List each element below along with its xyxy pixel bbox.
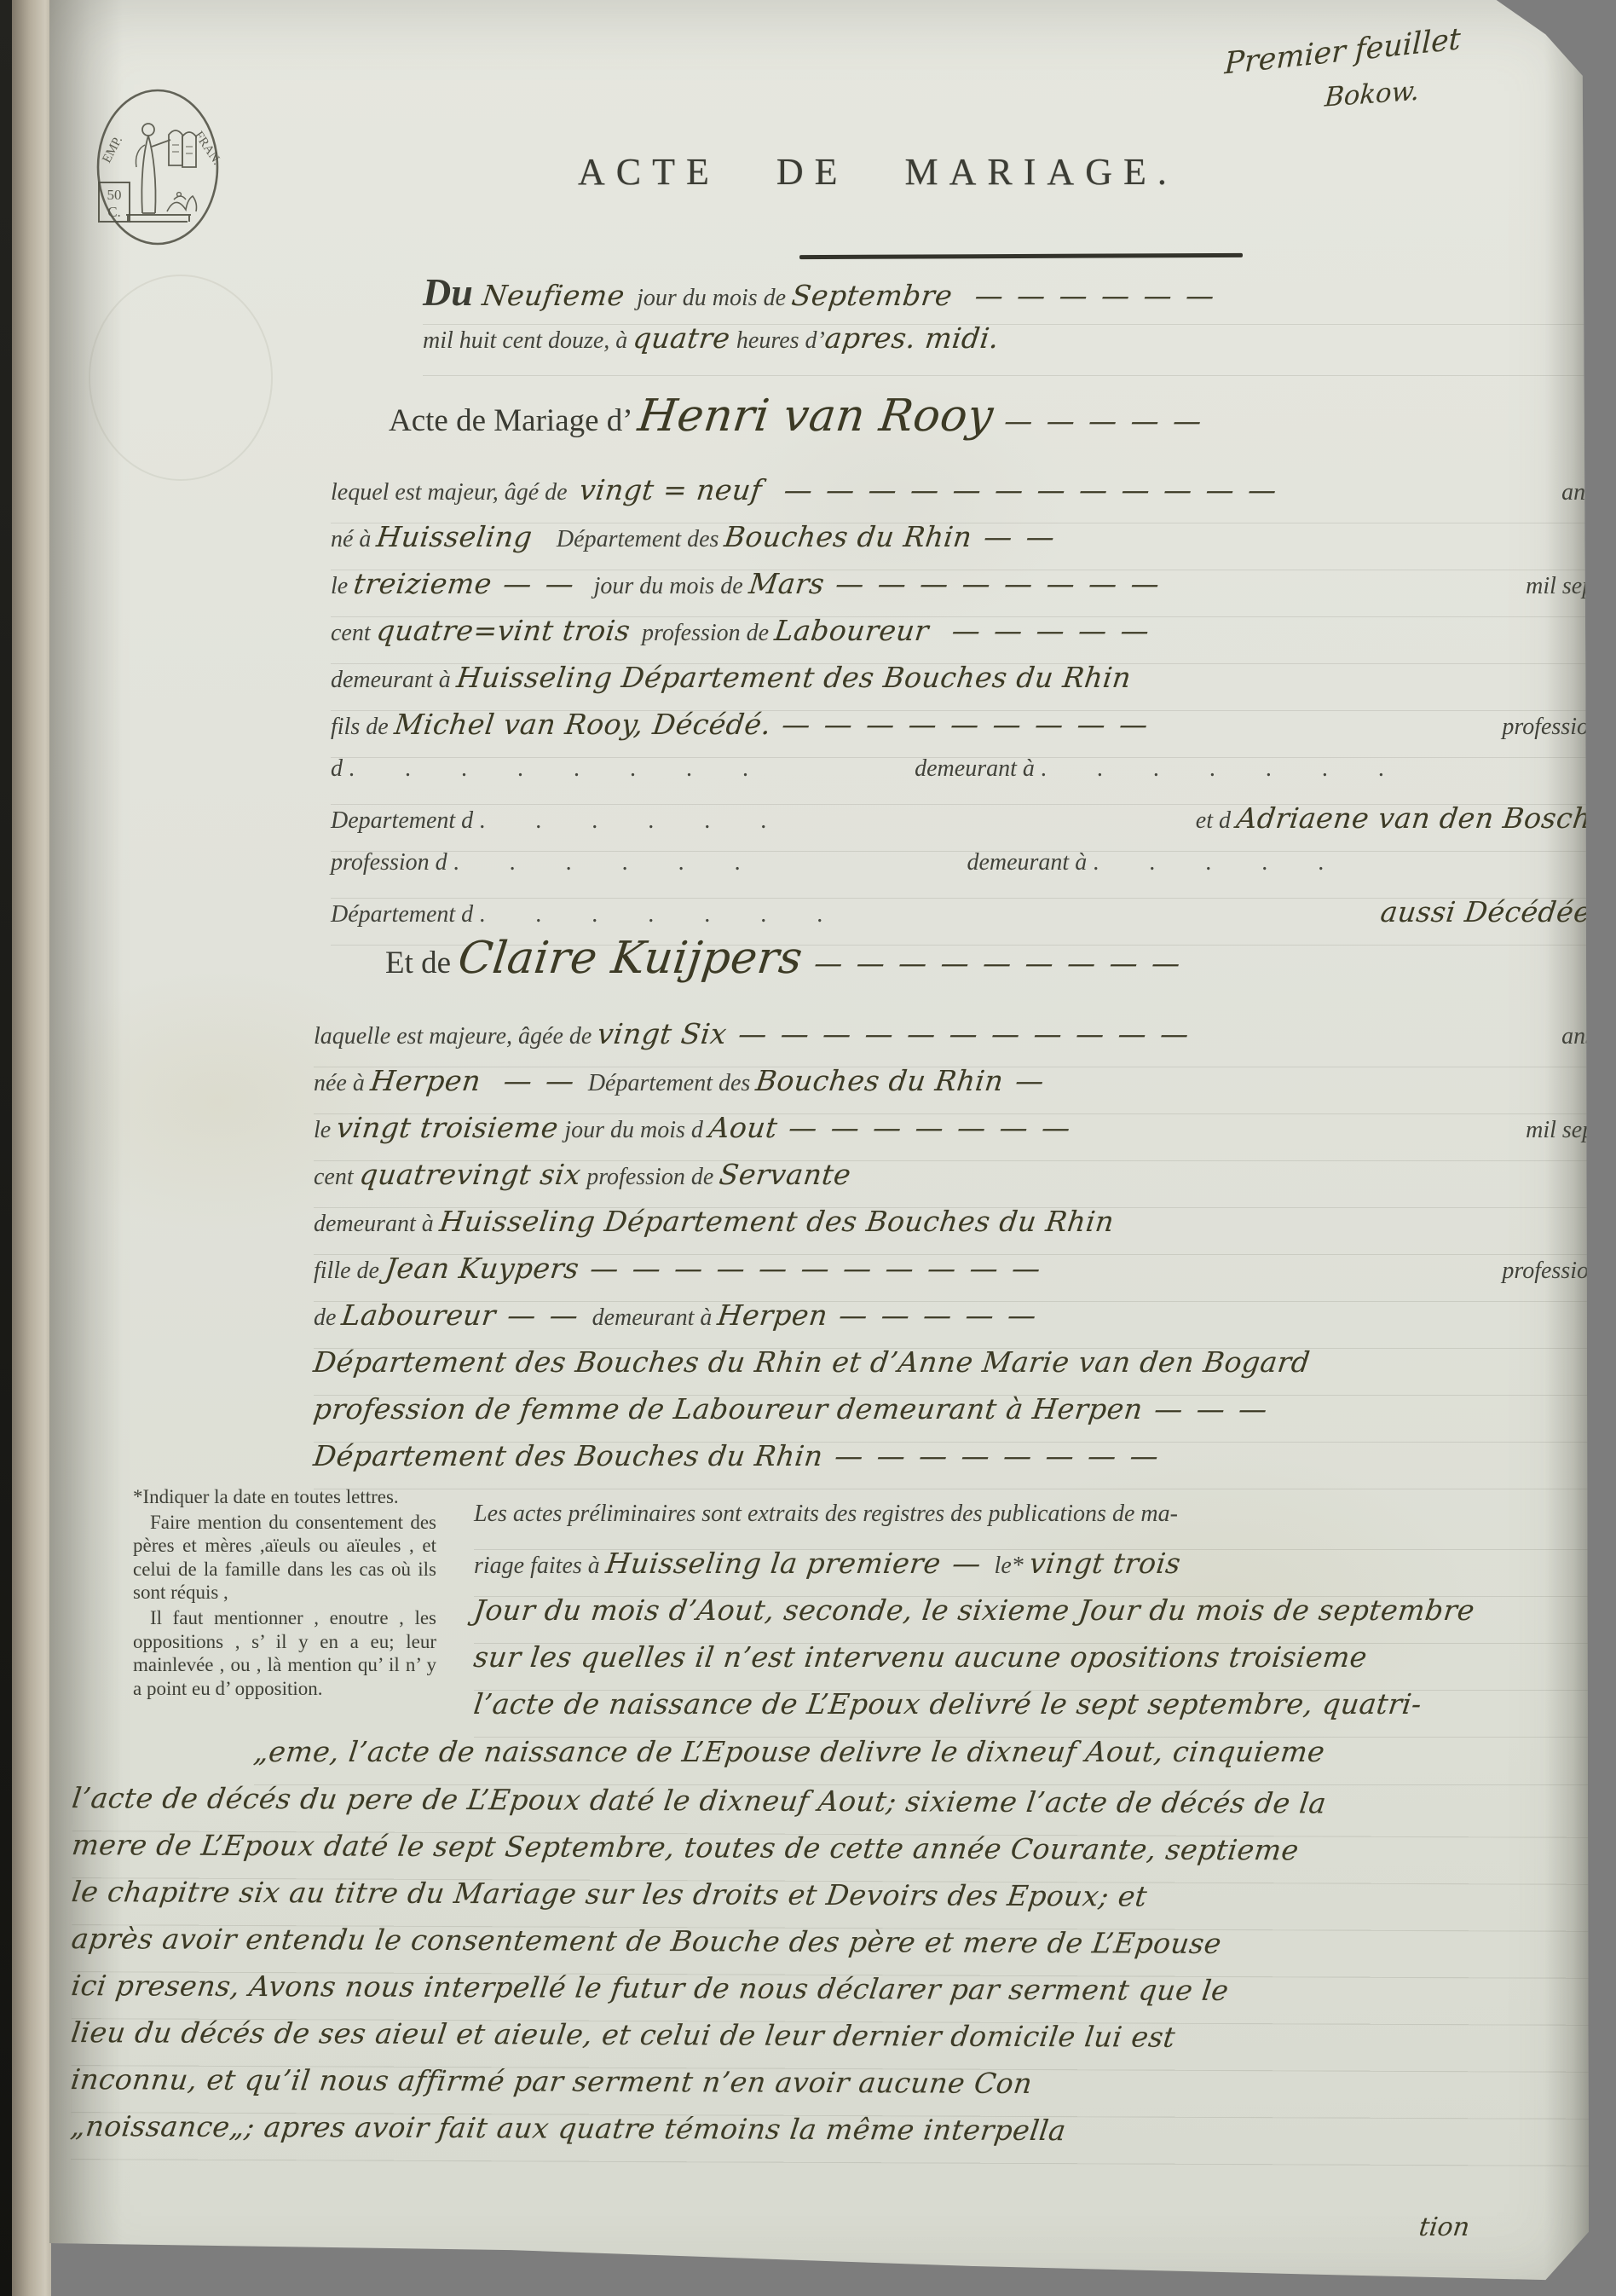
handwritten-text: — — — — — — — — — — — — [759, 476, 1557, 504]
text-line: Département des Bouches du Rhin — — — — … [314, 1442, 1601, 1489]
handwritten-text: Bouches du Rhin [723, 523, 973, 551]
text-line: riage faites à Huisseling la premiere — … [474, 1549, 1599, 1596]
handwritten-text: — [1002, 1067, 1048, 1095]
text-line: sur les quelles il n’est intervenu aucun… [474, 1643, 1599, 1690]
text-line: Département des Bouches du Rhin et d’Ann… [314, 1348, 1601, 1395]
printed-text: Et de [385, 947, 459, 979]
printed-text: fille de [314, 1259, 385, 1283]
handwritten-text: — — — — — — — — — [769, 710, 1498, 738]
handwritten-text: — — [479, 1067, 590, 1095]
catchword: tion [1417, 2215, 1471, 2241]
text-line: demeurant à Huisseling Département des B… [331, 663, 1601, 710]
handwritten-text: Herpen [716, 1301, 829, 1329]
printed-text: d [331, 757, 349, 781]
printed-text: profession [1496, 1259, 1601, 1283]
handwritten-text: Huisseling [375, 523, 534, 551]
text-line: Et de Claire Kuijpers — — — — — — — — — [385, 936, 1604, 1004]
corner-annotation: Premier feuillet Bokow. [1223, 21, 1462, 127]
printed-text: . . . . . . . [1041, 757, 1601, 781]
printed-text: demeurant à [314, 1212, 440, 1236]
handwritten-text: Laboureur [773, 616, 931, 645]
handwritten-text: — — — — — — [950, 281, 1218, 309]
handwritten-text: vingt Six [596, 1020, 729, 1048]
handwritten-text: Mars [747, 570, 826, 598]
handwritten-text: — — — — — [927, 616, 1153, 645]
handwritten-text: Huisseling la premiere [604, 1549, 943, 1577]
page-title: ACTE DE MARIAGE. [578, 150, 1178, 194]
printed-text: . . . . . . [479, 809, 1190, 833]
printed-text: Du [423, 273, 482, 312]
handwritten-text: Huisseling Département des Bouches du Rh… [438, 1207, 1116, 1235]
seal-value-top: 50 [107, 187, 122, 203]
handwritten-text: Henri van Rooy [636, 394, 996, 438]
printed-text: riage faites à [474, 1554, 606, 1578]
printed-text: Département des [533, 528, 725, 552]
handwritten-text: — — — — — [826, 1301, 1041, 1329]
printed-text: Les actes préliminaires sont extraits de… [474, 1502, 1178, 1526]
printed-text: Departement d [331, 809, 479, 833]
text-line: profession d . . . . . . demeurant à . .… [331, 851, 1601, 898]
printed-text: profession [1496, 715, 1601, 739]
printed-text: cent [314, 1165, 360, 1189]
printed-text: profession de [630, 622, 775, 645]
corner-annotation-line2: Bokow. [1324, 72, 1460, 114]
printed-text: Acte de Mariage d’ [389, 405, 638, 437]
seal-value-bottom: C. [107, 204, 121, 220]
bride-details-block: laquelle est majeure, âgée de vingt Six … [314, 1020, 1601, 1489]
closing-paragraph-full: l’acte de décés du pere de L’Epoux daté … [71, 1784, 1595, 2166]
printed-text: et d [1190, 809, 1237, 833]
handwritten-text: treizieme [352, 570, 493, 598]
text-line: le treizieme — — jour du mois de Mars — … [331, 570, 1601, 616]
seal-graphic: EMP. FRAN. 50 C. [94, 85, 222, 249]
printed-text: lequel est majeur, âgé de [331, 481, 580, 505]
printed-text: heures d’ [730, 329, 825, 353]
text-line: fille de Jean Kuypers — — — — — — — — — … [314, 1254, 1601, 1301]
handwritten-text: profession de femme de Laboureur demeura… [312, 1395, 1145, 1423]
handwritten-text: ici presens, Avons nous interpellé le fu… [70, 1971, 1231, 2004]
printed-text: le [331, 575, 354, 599]
handwritten-text: — — — — — — — — — [801, 949, 1184, 977]
revenue-stamp-seal: EMP. FRAN. 50 C. [94, 85, 222, 249]
printed-text: ans, [1555, 1025, 1601, 1049]
handwritten-text: Huisseling Département des Bouches du Rh… [455, 663, 1133, 691]
handwritten-text: — — [494, 1301, 594, 1329]
handwritten-text: Laboureur [340, 1301, 498, 1329]
handwritten-text: Jean Kuypers [384, 1254, 580, 1282]
handwritten-text: — — [490, 570, 590, 598]
handwritten-text: le chapitre six au titre du Mariage sur … [70, 1877, 1149, 1910]
handwritten-text: l’acte de décés du pere de L’Epoux daté … [71, 1784, 1328, 1817]
handwritten-text: — — — — — [991, 407, 1206, 435]
handwritten-text: quatrevingt six [358, 1160, 583, 1188]
printed-text: jour du mois d [558, 1119, 709, 1142]
printed-text: Département des [588, 1072, 757, 1096]
handwritten-text: — — [971, 523, 1059, 551]
handwritten-text: Département des Bouches du Rhin [312, 1442, 825, 1470]
text-line: Les actes préliminaires sont extraits de… [474, 1502, 1599, 1549]
printed-text: profession de [580, 1165, 719, 1189]
groom-details-block: lequel est majeur, âgé de vingt = neuf —… [331, 476, 1601, 945]
handwritten-text: Michel van Rooy, Décédé. [393, 710, 773, 738]
handwritten-text: — — — [1141, 1395, 1272, 1423]
margin-note-para1: *Indiquer la date en toutes lettres. [133, 1485, 436, 1509]
handwritten-text: vingt troisieme [335, 1113, 560, 1142]
text-line: Du Neufieme jour du mois de Septembre — … [423, 273, 1616, 324]
printed-text: mil sept [1520, 575, 1601, 599]
handwritten-text: apres. midi. [823, 324, 1001, 352]
handwritten-text: — — — — — — — — [822, 1442, 1163, 1470]
text-line: d . . . . . . . . demeurant à . . . . . … [331, 757, 1601, 804]
handwritten-text: inconnu, et qu’il nous affirmé par serme… [69, 2065, 1034, 2097]
text-line: de Laboureur — — demeurant à Herpen — — … [314, 1301, 1601, 1348]
handwritten-text: — — — — — — — — [822, 570, 1521, 598]
handwritten-text: quatre [632, 324, 732, 352]
text-line: fils de Michel van Rooy, Décédé. — — — —… [331, 710, 1601, 757]
text-line: profession de femme de Laboureur demeura… [314, 1395, 1601, 1442]
printed-text: né à [331, 528, 377, 552]
text-line: „noissance„; apres avoir fait aux quatre… [71, 2112, 1593, 2166]
printed-text: demeurant à [331, 668, 457, 692]
handwritten-text: Servante [718, 1160, 852, 1188]
printed-text: le* [995, 1554, 1030, 1578]
text-line: l’acte de naissance de L’Epoux delivré l… [474, 1690, 1599, 1737]
printed-text: demeurant à [909, 757, 1041, 781]
handwritten-text: „noissance„; apres avoir fait aux quatre… [69, 2112, 1068, 2144]
text-line: cent quatre=vint trois profession de Lab… [331, 616, 1601, 663]
margin-instructions: *Indiquer la date en toutes lettres. Fai… [133, 1485, 436, 1702]
scan-background: Premier feuillet Bokow. [0, 0, 1616, 2296]
handwritten-text: quatre=vint trois [375, 616, 632, 645]
printed-text: laquelle est majeure, âgée de [314, 1025, 597, 1049]
title-divider-rule [799, 253, 1243, 259]
printed-text: jour du mois de [588, 575, 749, 599]
printed-text: mil sept [1520, 1119, 1601, 1142]
printed-text: demeurant à [961, 851, 1093, 875]
handwritten-text: — — — — — — — — — — — [577, 1254, 1498, 1282]
handwritten-text: Adriaene van den Bosch. [1235, 804, 1602, 832]
seal-text-emp: EMP. [100, 134, 125, 165]
text-line: laquelle est majeure, âgée de vingt Six … [314, 1020, 1601, 1067]
closing-paragraph-mid: „eme, l’acte de naissance de L’Epouse de… [254, 1738, 1601, 1784]
margin-note-para3: Il faut mentionner , enoutre , les oppos… [133, 1606, 436, 1700]
printed-text: née à [314, 1072, 371, 1096]
printed-text: de [314, 1306, 342, 1330]
book-spine-dark-strip [0, 0, 12, 2296]
handwritten-text: Septembre [790, 281, 954, 309]
text-line: le vingt troisieme jour du mois d Aout —… [314, 1113, 1601, 1160]
text-line: demeurant à Huisseling Département des B… [314, 1207, 1601, 1254]
printed-text: . . . . . [1093, 851, 1601, 875]
margin-note-para2: Faire mention du consentement des pères … [133, 1511, 436, 1605]
handwritten-text: Neufieme [481, 281, 626, 309]
opening-date-block: Du Neufieme jour du mois de Septembre — … [423, 273, 1616, 375]
printed-text: . . . . . . . [479, 903, 1381, 927]
book-spine-binding [12, 0, 51, 2296]
handwritten-text: Aout [707, 1113, 779, 1142]
printed-text: ans, [1555, 481, 1601, 505]
handwritten-text: Département des Bouches du Rhin et d’Ann… [312, 1348, 1312, 1376]
printed-text: fils de [331, 715, 395, 739]
handwritten-text: sur les quelles il n’est intervenu aucun… [472, 1643, 1369, 1671]
text-line: Departement d . . . . . . et d Adriaene … [331, 804, 1601, 851]
text-line: Jour du mois d’Aout, seconde, le sixieme… [474, 1596, 1599, 1643]
text-line: mil huit cent douze, à quatre heures d’a… [423, 324, 1616, 375]
printed-text: Département d [331, 903, 479, 927]
text-line: née à Herpen — — Département des Bouches… [314, 1067, 1601, 1113]
printed-text: demeurant à [592, 1306, 719, 1330]
printed-text: cent [331, 622, 377, 645]
handwritten-text: Jour du mois d’Aout, seconde, le sixieme… [472, 1596, 1476, 1624]
handwritten-text: l’acte de naissance de L’Epoux delivré l… [472, 1690, 1423, 1718]
handwritten-text: — — — — — — — [776, 1113, 1521, 1142]
closing-paragraph-indented: Les actes préliminaires sont extraits de… [474, 1502, 1599, 1737]
printed-text: mil huit cent douze, à [423, 329, 633, 353]
printed-text: profession d [331, 851, 453, 875]
handwritten-text: — — — — — — — — — — — [725, 1020, 1557, 1048]
handwritten-text: lieu du décés de ses aieul et aieule, et… [70, 2018, 1177, 2051]
scanned-marriage-record: { "colors":{"background":"#7d7d7d","pape… [0, 0, 1616, 2296]
handwritten-text: vingt = neuf [578, 476, 764, 504]
handwritten-text: „eme, l’acte de naissance de L’Epouse de… [252, 1738, 1326, 1766]
text-line: cent quatrevingt six profession de Serva… [314, 1160, 1601, 1207]
printed-text: . . . . . . . . [349, 757, 909, 781]
handwritten-text: après avoir entendu le consentement de B… [70, 1924, 1223, 1958]
handwritten-text: aussi Décédée. [1379, 898, 1602, 926]
groom-heading: Acte de Mariage d’ Henri van Rooy — — — … [389, 394, 1599, 462]
handwritten-text: — [939, 1549, 996, 1577]
handwritten-text: Herpen [369, 1067, 482, 1095]
printed-text: . . . . . . [453, 851, 961, 875]
text-line: „eme, l’acte de naissance de L’Epouse de… [254, 1738, 1601, 1784]
printed-text: jour du mois de [625, 286, 792, 310]
embossed-stamp-ghost [89, 275, 273, 481]
text-line: lequel est majeur, âgé de vingt = neuf —… [331, 476, 1601, 523]
handwritten-text: Bouches du Rhin [754, 1067, 1005, 1095]
bride-heading: Et de Claire Kuijpers — — — — — — — — — [385, 936, 1604, 1004]
text-line: né à Huisseling Département des Bouches … [331, 523, 1601, 570]
handwritten-text: Claire Kuijpers [456, 936, 805, 980]
handwritten-text: vingt trois [1028, 1549, 1182, 1577]
document-page: Premier feuillet Bokow. [49, 0, 1589, 2296]
printed-text: le [314, 1119, 337, 1142]
text-line: Acte de Mariage d’ Henri van Rooy — — — … [389, 394, 1599, 462]
handwritten-text: mere de L’Epoux daté le sept Septembre, … [71, 1830, 1301, 1864]
